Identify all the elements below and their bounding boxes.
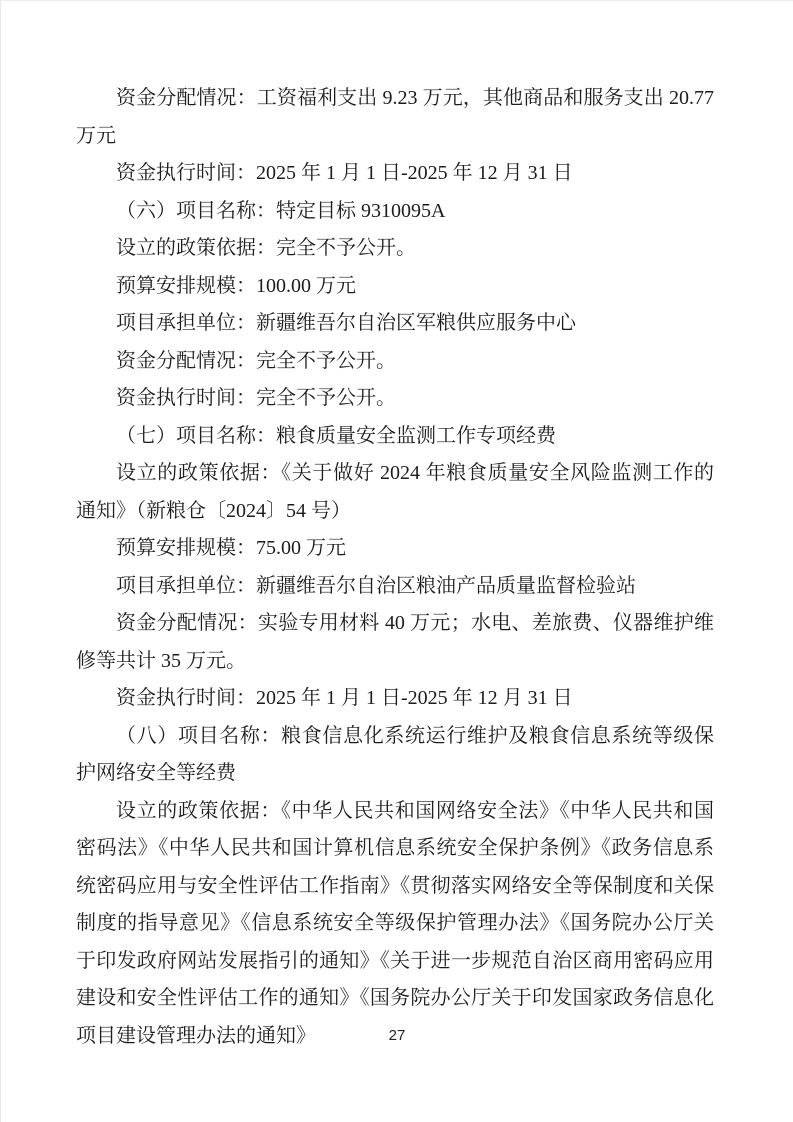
paragraph: 资金分配情况：工资福利支出 9.23 万元，其他商品和服务支出 20.77 万元	[76, 80, 714, 155]
paragraph: 预算安排规模：75.00 万元	[76, 530, 714, 568]
paragraph: 预算安排规模：100.00 万元	[76, 268, 714, 306]
paragraph: 项目承担单位：新疆维吾尔自治区粮油产品质量监督检验站	[76, 568, 714, 606]
paragraph: 资金执行时间：2025 年 1 月 1 日-2025 年 12 月 31 日	[76, 680, 714, 718]
page-number: 27	[1, 1027, 793, 1044]
paragraph: （六）项目名称：特定目标 9310095A	[76, 193, 714, 231]
document-body: 资金分配情况：工资福利支出 9.23 万元，其他商品和服务支出 20.77 万元…	[76, 80, 714, 1055]
paragraph: 资金执行时间：2025 年 1 月 1 日-2025 年 12 月 31 日	[76, 155, 714, 193]
paragraph: 资金执行时间：完全不予公开。	[76, 380, 714, 418]
paragraph: 资金分配情况：完全不予公开。	[76, 343, 714, 381]
paragraph: （八）项目名称：粮食信息化系统运行维护及粮食信息系统等级保护网络安全等经费	[76, 718, 714, 793]
paragraph: 设立的政策依据：完全不予公开。	[76, 230, 714, 268]
paragraph: 资金分配情况：实验专用材料 40 万元；水电、差旅费、仪器维护维修等共计 35 …	[76, 605, 714, 680]
document-page: 资金分配情况：工资福利支出 9.23 万元，其他商品和服务支出 20.77 万元…	[0, 0, 793, 1122]
paragraph: 设立的政策依据：《中华人民共和国网络安全法》《中华人民共和国密码法》《中华人民共…	[76, 793, 714, 1056]
paragraph: 项目承担单位：新疆维吾尔自治区军粮供应服务中心	[76, 305, 714, 343]
paragraph: 设立的政策依据：《关于做好 2024 年粮食质量安全风险监测工作的通知》（新粮仓…	[76, 455, 714, 530]
paragraph: （七）项目名称：粮食质量安全监测工作专项经费	[76, 418, 714, 456]
